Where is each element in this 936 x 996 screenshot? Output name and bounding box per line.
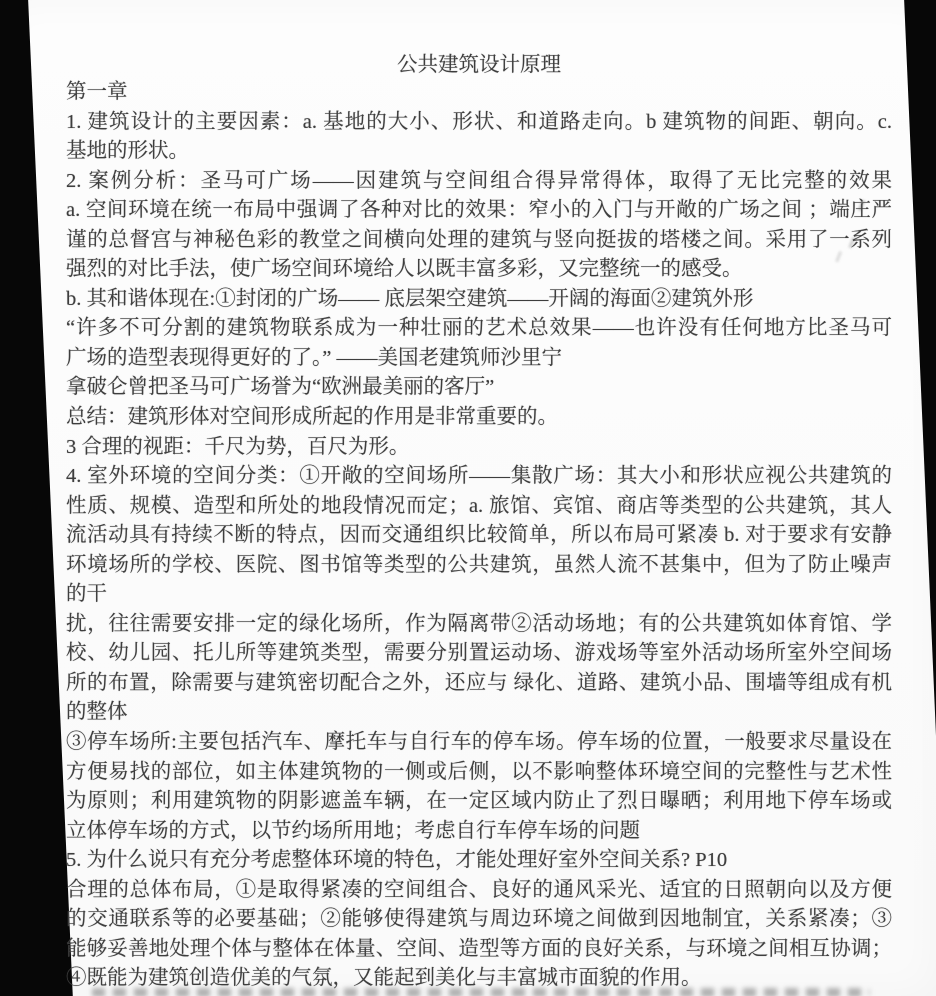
text-line: 第一章	[66, 78, 892, 108]
text-line: 性质、规模、造型和所处的地段情况而定；a. 旅馆、宾馆、商店等类型的公共建筑，其…	[66, 492, 892, 522]
text-line: 为原则；利用建筑物的阴影遮盖车辆，在一定区域内防止了烈日曝晒；利用地下停车场或	[66, 787, 892, 817]
text-line: 4. 室外环境的空间分类：①开敞的空间场所——集散广场：其大小和形状应视公共建筑…	[66, 462, 892, 492]
text-line: 的交通联系等的必要基础；②能够使得建筑与周边环境之间做到因地制宜，关系紧凑；③	[66, 905, 892, 935]
photographed-document-page: 公共建筑设计原理 第一章1. 建筑设计的主要因素：a. 基地的大小、形状、和道路…	[0, 0, 936, 996]
document-body: 第一章1. 建筑设计的主要因素：a. 基地的大小、形状、和道路走向。b 建筑物的…	[66, 78, 892, 994]
text-line: 立体停车场的方式，以节约场所用地；考虑自行车停车场的问题	[66, 817, 892, 847]
text-line: 总结：建筑形体对空间形成所起的作用是非常重要的。	[66, 403, 892, 433]
text-line: 方便易找的部位，如主体建筑物的一侧或后侧，以不影响整体环境空间的完整性与艺术性	[66, 758, 892, 788]
text-line: 流活动具有持续不断的特点，因而交通组织比较简单，所以布局可紧凑 b. 对于要求有…	[66, 521, 892, 551]
text-line: 谨的总督宫与神秘色彩的教堂之间横向处理的建筑与竖向挺拔的塔楼之间。采用了一系列	[66, 226, 892, 256]
text-line: 强烈的对比手法，使广场空间环境给人以既丰富多彩，又完整统一的感受。	[66, 255, 892, 285]
text-line: 校、幼儿园、托儿所等建筑类型，需要分别置运动场、游戏场等室外活动场所室外空间场	[66, 639, 892, 669]
text-line: 的整体	[66, 698, 892, 728]
black-border-right	[898, 0, 936, 809]
text-line: 2. 案例分析：圣马可广场——因建筑与空间组合得异常得体，取得了无比完整的效果	[66, 167, 892, 197]
cutoff-next-line	[92, 988, 870, 996]
text-line: 广场的造型表现得更好的了。” ——美国老建筑师沙里宁	[66, 344, 892, 374]
text-line: 能够妥善地处理个体与整体在体量、空间、造型等方面的良好关系，与环境之间相互协调；	[66, 935, 892, 965]
text-line: 的干	[66, 580, 892, 610]
text-line: 5. 为什么说只有充分考虑整体环境的特色，才能处理好室外空间关系? P10	[66, 846, 892, 876]
text-line: 基地的形状。	[66, 137, 892, 167]
text-line: 拿破仑曾把圣马可广场誉为“欧洲最美丽的客厅”	[66, 373, 892, 403]
text-line: a. 空间环境在统一布局中强调了各种对比的效果：窄小的入门与开敞的广场之间 ；端…	[66, 196, 892, 226]
text-line: 所的布置，除需要与建筑密切配合之外，还应与 绿化、道路、建筑小品、围墙等组成有机	[66, 669, 892, 699]
text-line: “许多不可分割的建筑物联系成为一种壮丽的艺术总效果——也许没有任何地方比圣马可	[66, 314, 892, 344]
text-line: ③停车场所:主要包括汽车、摩托车与自行车的停车场。停车场的位置，一般要求尽量设在	[66, 728, 892, 758]
text-line: 合理的总体布局，①是取得紧凑的空间组合、良好的通风采光、适宜的日照朝向以及方便	[66, 876, 892, 906]
document-title: 公共建筑设计原理	[66, 51, 892, 81]
text-line: 3 合理的视距：千尺为势，百尺为形。	[66, 433, 892, 463]
text-line: 1. 建筑设计的主要因素：a. 基地的大小、形状、和道路走向。b 建筑物的间距、…	[66, 108, 892, 138]
text-line: 环境场所的学校、医院、图书馆等类型的公共建筑，虽然人流不甚集中，但为了防止噪声	[66, 551, 892, 581]
text-line: 扰，往往需要安排一定的绿化场所，作为隔离带②活动场地；有的公共建筑如体育馆、学	[66, 610, 892, 640]
text-line: b. 其和谐体现在:①封闭的广场—— 底层架空建筑——开阔的海面②建筑外形	[66, 285, 892, 315]
